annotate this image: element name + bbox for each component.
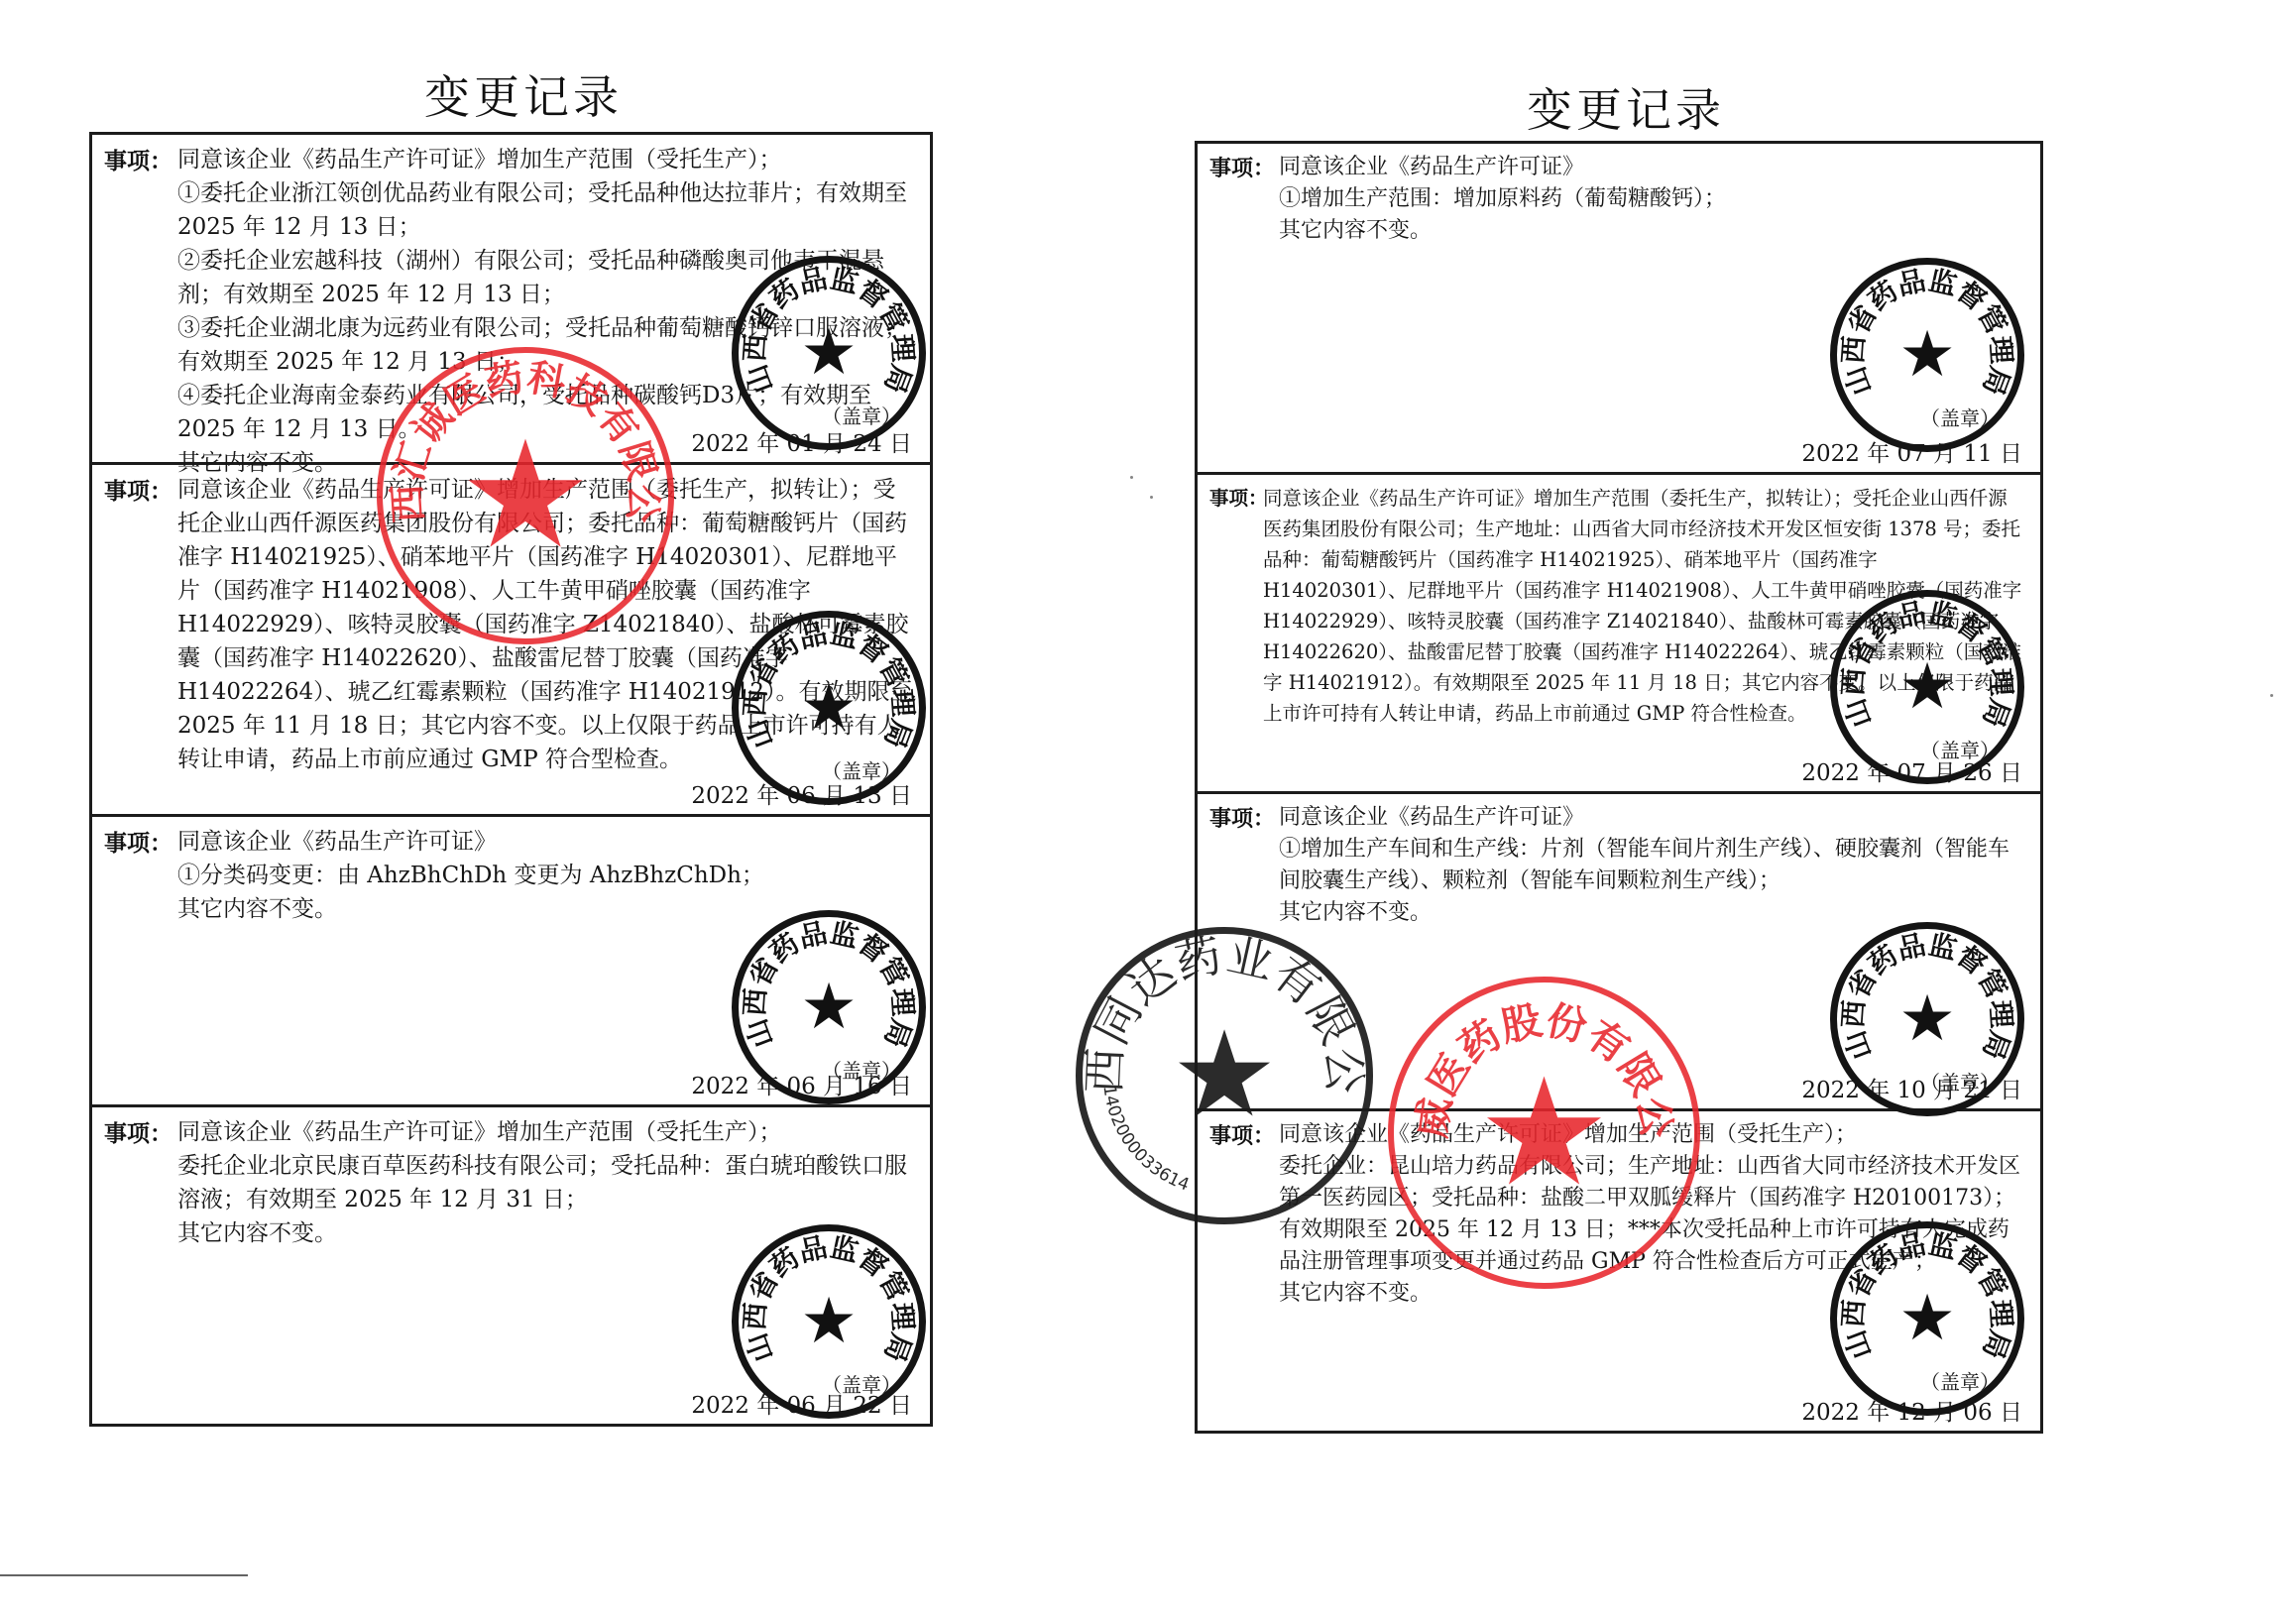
- entry-line: 其它内容不变。: [177, 1216, 916, 1250]
- scan-artifact-line: [0, 1574, 248, 1576]
- entry-line: 同意该企业《药品生产许可证》: [1279, 802, 2026, 834]
- entry-date: 2022 年 06 月 22 日: [691, 1387, 912, 1420]
- record-entry: 事项： 同意该企业《药品生产许可证》 ①增加生产车间和生产线：片剂（智能车间片剂…: [1198, 794, 2040, 1111]
- entry-label: 事项：: [1209, 802, 1275, 833]
- entry-line: ①委托企业浙江领创优品药业有限公司；受托品种他达拉菲片；有效期至 2025 年 …: [177, 176, 916, 244]
- entry-line: ③委托企业湖北康为远药业有限公司；受托品种葡萄糖酸钙锌口服溶液；有效期至 202…: [177, 311, 916, 379]
- entry-line: ①增加生产范围：增加原料药（葡萄糖酸钙）；: [1279, 183, 2026, 215]
- entry-date: 2022 年 01 月 24 日: [691, 425, 912, 458]
- entry-body: 同意该企业《药品生产许可证》 ①增加生产车间和生产线：片剂（智能车间片剂生产线）…: [1279, 802, 2026, 929]
- entry-line: ②委托企业宏越科技（湖州）有限公司；受托品种磷酸奥司他韦干混悬剂；有效期至 20…: [177, 244, 916, 311]
- entry-body: 同意该企业《药品生产许可证》 ①增加生产范围：增加原料药（葡萄糖酸钙）； 其它内…: [1279, 152, 2026, 247]
- entry-body: 同意该企业《药品生产许可证》增加生产范围（受托生产）； 委托企业：昆山培力药品有…: [1279, 1119, 2026, 1310]
- entry-line: 同意该企业《药品生产许可证》增加生产范围（受托生产）；: [177, 1115, 916, 1149]
- entry-line: 同意该企业《药品生产许可证》增加生产范围（委托生产，拟转让）；受托企业山西仟源医…: [1263, 483, 2026, 729]
- entry-label: 事项：: [1209, 152, 1275, 182]
- record-entry: 事项： 同意该企业《药品生产许可证》增加生产范围（受托生产）； 委托企业：昆山培…: [1198, 1111, 2040, 1431]
- entry-body: 同意该企业《药品生产许可证》增加生产范围（委托生产，拟转让）；受托企业山西仟源医…: [1263, 483, 2026, 729]
- scan-speck: [1715, 107, 1718, 110]
- entry-date: 2022 年 07 月 26 日: [1801, 754, 2022, 787]
- record-entry: 事项： 同意该企业《药品生产许可证》增加生产范围（受托生产）； ①委托企业浙江领…: [92, 135, 930, 465]
- change-record-table-right: 事项： 同意该企业《药品生产许可证》 ①增加生产范围：增加原料药（葡萄糖酸钙）；…: [1195, 141, 2043, 1434]
- entry-line: ①分类码变更：由 AhzBhChDh 变更为 AhzBhzChDh；: [177, 859, 916, 892]
- entry-line: 其它内容不变。: [1279, 897, 2026, 929]
- entry-line: 其它内容不变。: [1279, 1278, 2026, 1310]
- record-entry: 事项： 同意该企业《药品生产许可证》增加生产范围（委托生产，拟转让）；受托企业山…: [1198, 475, 2040, 794]
- entry-line: 同意该企业《药品生产许可证》增加生产范围（受托生产）；: [177, 143, 916, 176]
- entry-date: 2022 年 06 月 16 日: [691, 1068, 912, 1100]
- scan-speck: [1130, 476, 1133, 479]
- entry-label: 事项：: [1209, 483, 1268, 511]
- entry-label: 事项：: [104, 473, 172, 506]
- entry-line: 其它内容不变。: [177, 892, 916, 926]
- page-title-left: 变更记录: [424, 61, 623, 127]
- page-title-right: 变更记录: [1527, 74, 1725, 140]
- entry-label: 事项：: [104, 143, 172, 175]
- entry-label: 事项：: [1209, 1119, 1275, 1150]
- entry-body: 同意该企业《药品生产许可证》 ①分类码变更：由 AhzBhChDh 变更为 Ah…: [177, 825, 916, 926]
- entry-date: 2022 年 06 月 13 日: [691, 777, 912, 810]
- scan-speck: [2270, 694, 2273, 697]
- entry-line: 委托企业：昆山培力药品有限公司；生产地址：山西省大同市经济技术开发区第一医药园区…: [1279, 1151, 2026, 1278]
- change-record-table-left: 事项： 同意该企业《药品生产许可证》增加生产范围（受托生产）； ①委托企业浙江领…: [89, 132, 933, 1427]
- entry-line: 委托企业北京民康百草医药科技有限公司；受托品种：蛋白琥珀酸铁口服溶液；有效期至 …: [177, 1149, 916, 1216]
- entry-body: 同意该企业《药品生产许可证》增加生产范围（委托生产，拟转让）；受托企业山西仟源医…: [177, 473, 916, 776]
- entry-line: ①增加生产车间和生产线：片剂（智能车间片剂生产线）、硬胶囊剂（智能车间胶囊生产线…: [1279, 834, 2026, 897]
- entry-date: 2022 年 07 月 11 日: [1801, 435, 2022, 468]
- svg-text:1402000033614: 1402000033614: [1098, 1085, 1192, 1196]
- record-entry: 事项： 同意该企业《药品生产许可证》增加生产范围（委托生产，拟转让）；受托企业山…: [92, 465, 930, 817]
- entry-line: 同意该企业《药品生产许可证》增加生产范围（委托生产，拟转让）；受托企业山西仟源医…: [177, 473, 916, 776]
- entry-body: 同意该企业《药品生产许可证》增加生产范围（受托生产）； 委托企业北京民康百草医药…: [177, 1115, 916, 1250]
- record-entry: 事项： 同意该企业《药品生产许可证》 ①分类码变更：由 AhzBhChDh 变更…: [92, 817, 930, 1107]
- entry-label: 事项：: [104, 1115, 172, 1148]
- entry-line: 其它内容不变。: [1279, 215, 2026, 247]
- entry-date: 2022 年 12 月 06 日: [1801, 1394, 2022, 1427]
- entry-line: 同意该企业《药品生产许可证》: [1279, 152, 2026, 183]
- record-entry: 事项： 同意该企业《药品生产许可证》增加生产范围（受托生产）； 委托企业北京民康…: [92, 1107, 930, 1424]
- entry-label: 事项：: [104, 825, 172, 858]
- scan-speck: [1150, 496, 1153, 499]
- entry-date: 2022 年 10 月 21 日: [1801, 1072, 2022, 1104]
- record-entry: 事项： 同意该企业《药品生产许可证》 ①增加生产范围：增加原料药（葡萄糖酸钙）；…: [1198, 144, 2040, 475]
- entry-line: 同意该企业《药品生产许可证》增加生产范围（受托生产）；: [1279, 1119, 2026, 1151]
- entry-line: 同意该企业《药品生产许可证》: [177, 825, 916, 859]
